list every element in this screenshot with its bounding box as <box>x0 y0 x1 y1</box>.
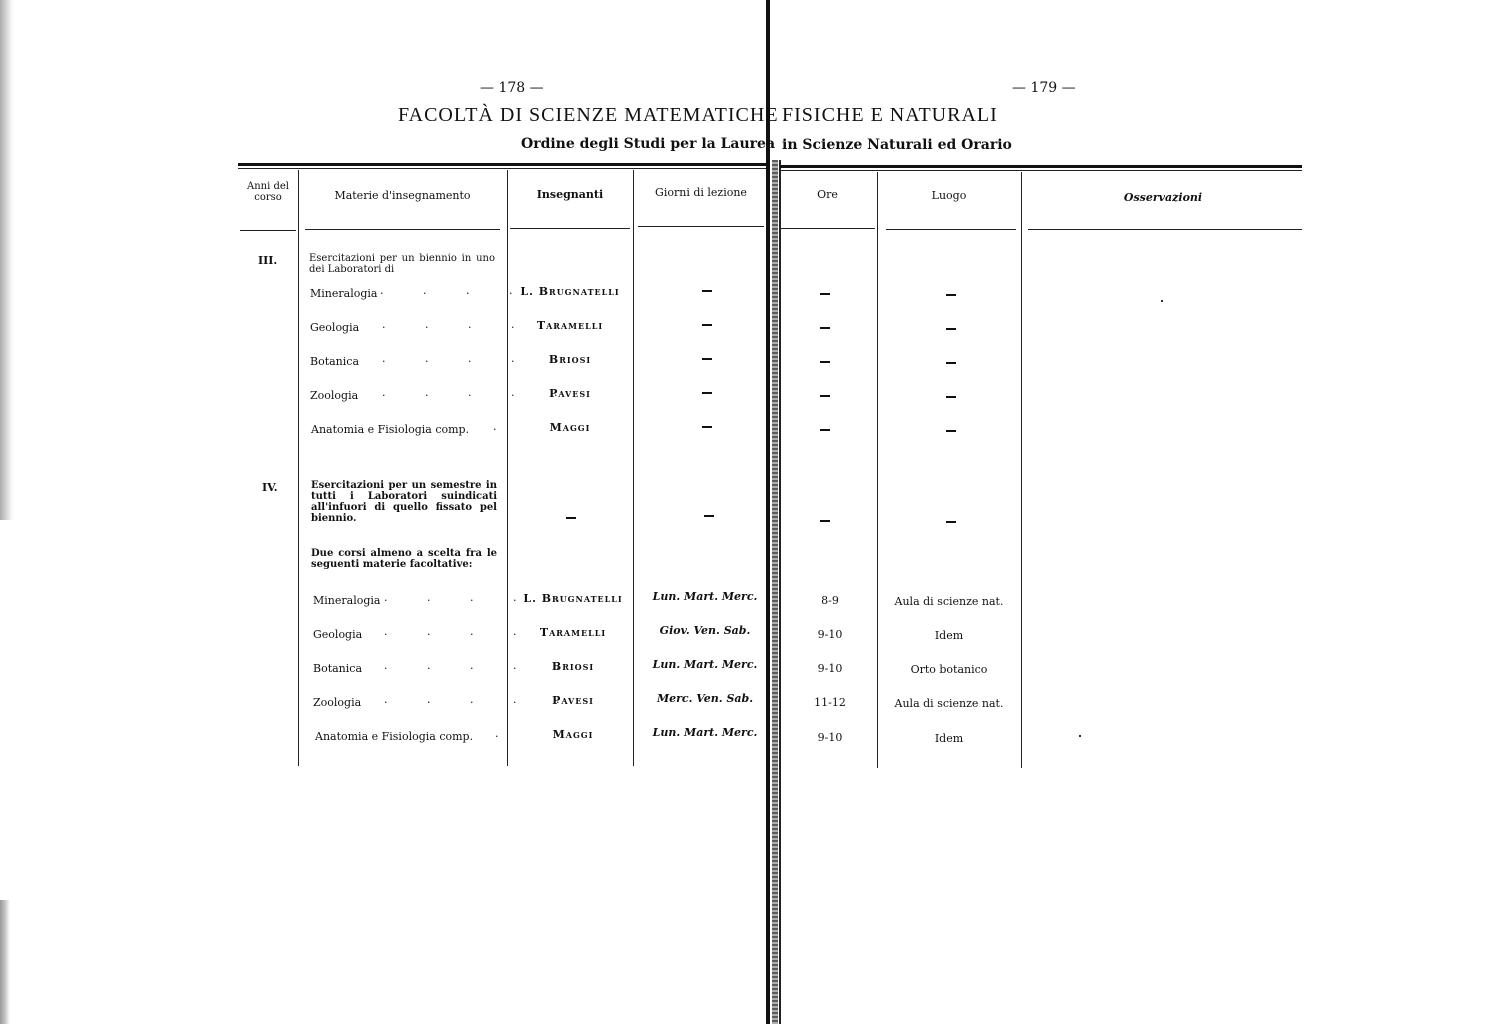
empty-dash <box>702 358 712 360</box>
header-ore: Ore <box>780 189 875 201</box>
insegnante-cell: Maggi <box>509 728 637 741</box>
table-top-rule-left <box>238 163 766 166</box>
empty-dash <box>946 521 956 523</box>
insegnante-cell: Briosi <box>509 353 631 366</box>
column-divider <box>877 172 878 768</box>
insegnante-cell: Pavesi <box>509 387 631 400</box>
materia-cell: Zoologia <box>310 389 358 402</box>
section-intro-iii: Esercitazioni per un biennio in uno dei … <box>309 253 495 275</box>
giorni-cell: Lun. Mart. Merc. <box>640 658 770 671</box>
leader-dot: . <box>493 420 497 433</box>
header-rule <box>510 228 630 229</box>
insegnante-cell: Taramelli <box>509 626 637 639</box>
header-osservazioni: Osservazioni <box>1023 192 1303 204</box>
page-number-right: — 179 — <box>1012 80 1076 96</box>
materia-cell: Geologia <box>313 628 362 641</box>
scan-speck <box>1161 300 1163 302</box>
header-materie: Materie d'insegnamento <box>300 190 505 202</box>
empty-dash <box>820 361 830 363</box>
luogo-cell: Aula di scienze nat. <box>879 697 1019 710</box>
insegnante-cell: Taramelli <box>509 319 631 332</box>
header-rule <box>305 229 500 230</box>
luogo-cell: Aula di scienze nat. <box>879 595 1019 608</box>
page-title-right: FISICHE E NATURALI <box>782 104 998 127</box>
empty-dash <box>566 517 576 519</box>
book-spine-shadow <box>772 160 778 1024</box>
empty-dash <box>946 328 956 330</box>
insegnante-cell: L. Brugnatelli <box>509 285 631 298</box>
section-intro-iv: Esercitazioni per un semestre in tutti i… <box>311 480 497 524</box>
luogo-cell: Idem <box>879 629 1019 642</box>
page-title-left: FACOLTÀ DI SCIENZE MATEMATICHE <box>398 104 779 127</box>
insegnante-cell: L. Brugnatelli <box>509 592 637 605</box>
header-insegnanti: Insegnanti <box>509 189 631 201</box>
scan-edge-shadow <box>0 0 14 520</box>
materia-cell: Botanica <box>310 355 359 368</box>
year-label-iv: IV. <box>262 481 278 494</box>
empty-dash <box>820 520 830 522</box>
empty-dash <box>702 392 712 394</box>
header-anni: Anni del corso <box>240 181 296 203</box>
materia-cell: Mineralogia <box>313 594 380 607</box>
giorni-cell: Lun. Mart. Merc. <box>640 726 770 739</box>
empty-dash <box>820 395 830 397</box>
leader-dot: . <box>495 727 499 740</box>
empty-dash <box>820 327 830 329</box>
empty-dash <box>820 429 830 431</box>
materia-cell: Anatomia e Fisiologia comp. <box>315 730 473 743</box>
empty-dash <box>820 293 830 295</box>
giorni-cell: Giov. Ven. Sab. <box>640 624 770 637</box>
ore-cell: 9-10 <box>780 628 880 641</box>
header-rule <box>780 228 875 229</box>
materia-cell: Zoologia <box>313 696 361 709</box>
empty-dash <box>946 430 956 432</box>
materia-cell: Mineralogia <box>310 287 377 300</box>
empty-dash <box>946 362 956 364</box>
book-spine-line <box>779 160 781 1024</box>
ore-cell: 8-9 <box>780 594 880 607</box>
materia-cell: Anatomia e Fisiologia comp. <box>311 423 469 436</box>
table-top-rule-right-thin <box>780 170 1302 171</box>
header-rule <box>240 230 296 231</box>
luogo-cell: Orto botanico <box>879 663 1019 676</box>
giorni-cell: Merc. Ven. Sab. <box>640 692 770 705</box>
materia-cell: Botanica <box>313 662 362 675</box>
empty-dash <box>702 324 712 326</box>
empty-dash <box>946 294 956 296</box>
ore-cell: 11-12 <box>780 696 880 709</box>
table-top-rule-left-thin <box>238 168 766 169</box>
subtitle-right: in Scienze Naturali ed Orario <box>782 137 1012 153</box>
header-luogo: Luogo <box>879 190 1019 202</box>
giorni-cell: Lun. Mart. Merc. <box>640 590 770 603</box>
empty-dash <box>946 396 956 398</box>
header-rule <box>1028 229 1302 230</box>
page-number-left: — 178 — <box>480 80 544 96</box>
empty-dash <box>702 290 712 292</box>
header-giorni: Giorni di lezione <box>635 187 767 199</box>
insegnante-cell: Briosi <box>509 660 637 673</box>
materia-cell: Geologia <box>310 321 359 334</box>
book-spine-gutter <box>766 0 770 1024</box>
insegnante-cell: Maggi <box>509 421 631 434</box>
ore-cell: 9-10 <box>780 731 880 744</box>
ore-cell: 9-10 <box>780 662 880 675</box>
column-divider <box>507 170 508 766</box>
insegnante-cell: Pavesi <box>509 694 637 707</box>
scan-edge-shadow-bottom <box>0 900 10 1024</box>
column-divider <box>298 170 299 766</box>
empty-dash <box>702 426 712 428</box>
header-rule <box>886 229 1016 230</box>
column-divider <box>1021 172 1022 768</box>
empty-dash <box>704 515 714 517</box>
subtitle-left: Ordine degli Studi per la Laurea <box>521 136 775 152</box>
column-divider <box>633 170 634 766</box>
year-label-iii: III. <box>258 254 277 267</box>
section-intro2-iv: Due corsi almeno a scelta fra le seguent… <box>311 548 497 570</box>
header-rule <box>638 226 764 227</box>
table-top-rule-right <box>780 165 1302 168</box>
luogo-cell: Idem <box>879 732 1019 745</box>
scan-speck <box>1079 735 1081 737</box>
